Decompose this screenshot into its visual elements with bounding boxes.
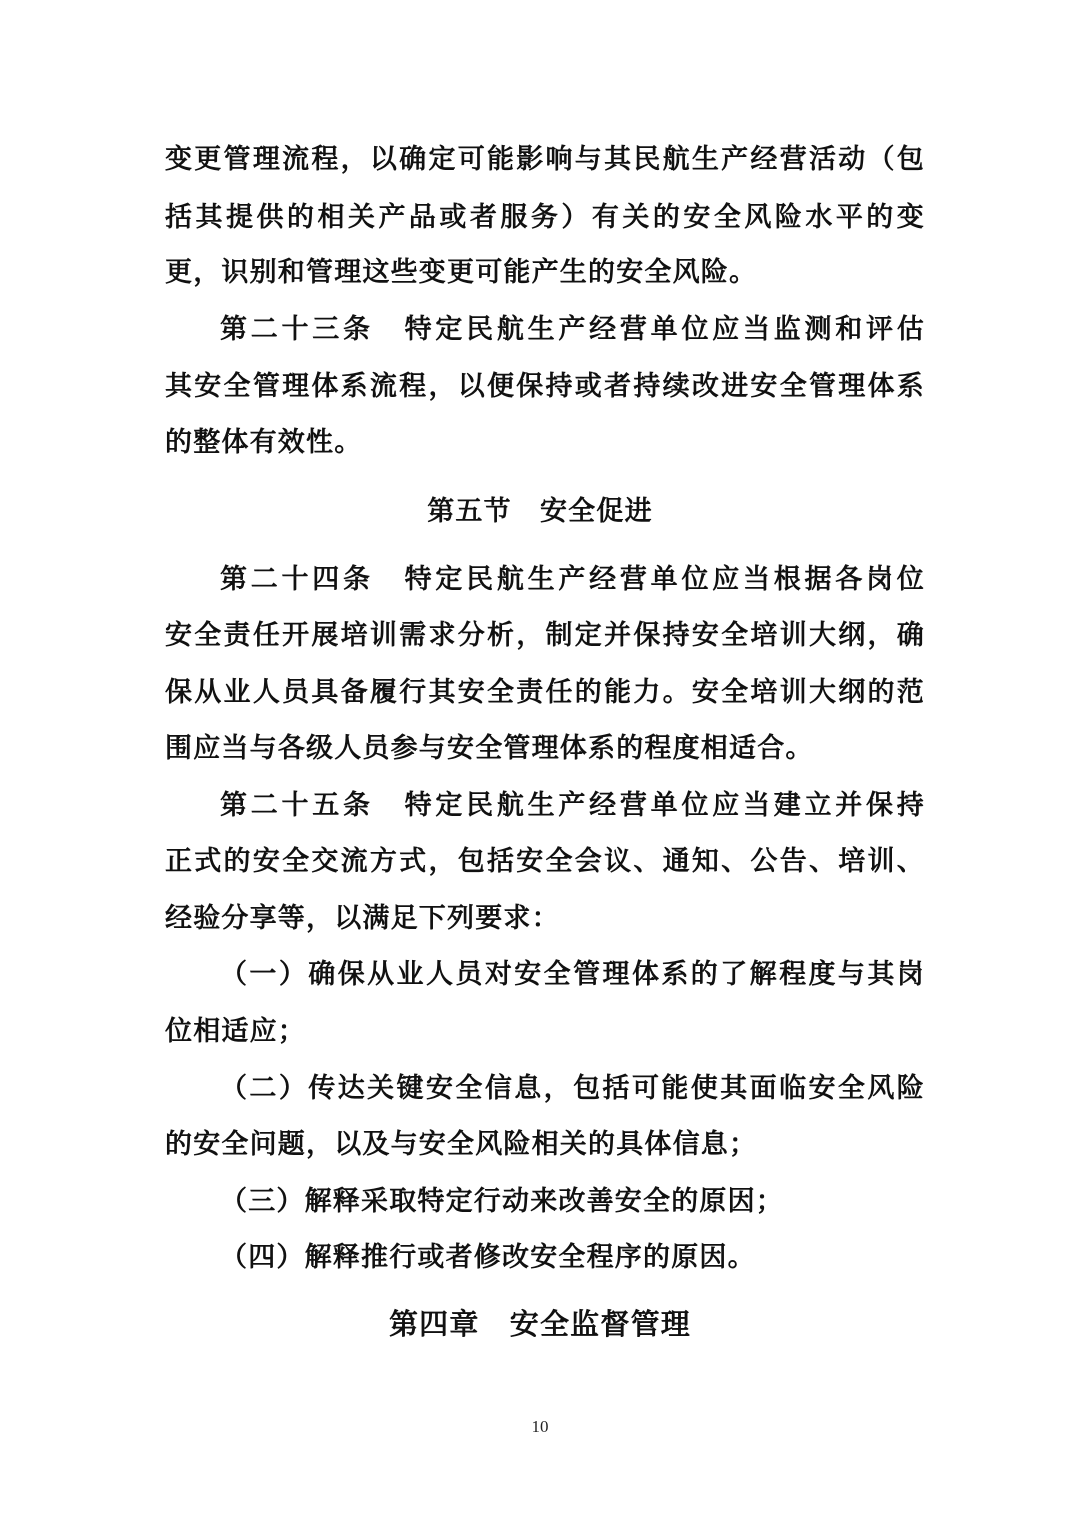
list-item-2: （二）传达关键安全信息，包括可能使其面临安全风险: [220, 1072, 925, 1106]
paragraph-line: 正式的安全交流方式，包括安全会议、通知、公告、培训、: [165, 845, 925, 879]
paragraph-line: 的安全问题，以及与安全风险相关的具体信息；: [165, 1128, 925, 1162]
document-page: 变更管理流程，以确定可能影响与其民航生产经营活动（包 括其提供的相关产品或者服务…: [0, 0, 1080, 1527]
paragraph-line: 更，识别和管理这些变更可能产生的安全风险。: [165, 256, 925, 290]
list-item-3: （三）解释采取特定行动来改善安全的原因；: [220, 1185, 925, 1219]
article-24-line: 第二十四条 特定民航生产经营单位应当根据各岗位: [220, 563, 925, 597]
paragraph-line: 经验分享等，以满足下列要求：: [165, 902, 925, 936]
paragraph-line: 括其提供的相关产品或者服务）有关的安全风险水平的变: [165, 201, 925, 235]
paragraph-line: 围应当与各级人员参与安全管理体系的程度相适合。: [165, 732, 925, 766]
paragraph-line: 位相适应；: [165, 1015, 925, 1049]
list-item-1: （一）确保从业人员对安全管理体系的了解程度与其岗: [220, 958, 925, 992]
paragraph-line: 变更管理流程，以确定可能影响与其民航生产经营活动（包: [165, 143, 925, 177]
article-23-line: 第二十三条 特定民航生产经营单位应当监测和评估: [220, 313, 925, 347]
paragraph-line: 安全责任开展培训需求分析，制定并保持安全培训大纲，确: [165, 619, 925, 653]
section-heading: 第五节 安全促进: [0, 495, 1080, 529]
paragraph-line: 其安全管理体系流程，以便保持或者持续改进安全管理体系: [165, 370, 925, 404]
article-25-line: 第二十五条 特定民航生产经营单位应当建立并保持: [220, 789, 925, 823]
page-number: 10: [0, 1417, 1080, 1437]
paragraph-line: 保从业人员具备履行其安全责任的能力。安全培训大纲的范: [165, 676, 925, 710]
paragraph-line: 的整体有效性。: [165, 426, 925, 460]
chapter-heading: 第四章 安全监督管理: [0, 1307, 1080, 1341]
list-item-4: （四）解释推行或者修改安全程序的原因。: [220, 1241, 925, 1275]
